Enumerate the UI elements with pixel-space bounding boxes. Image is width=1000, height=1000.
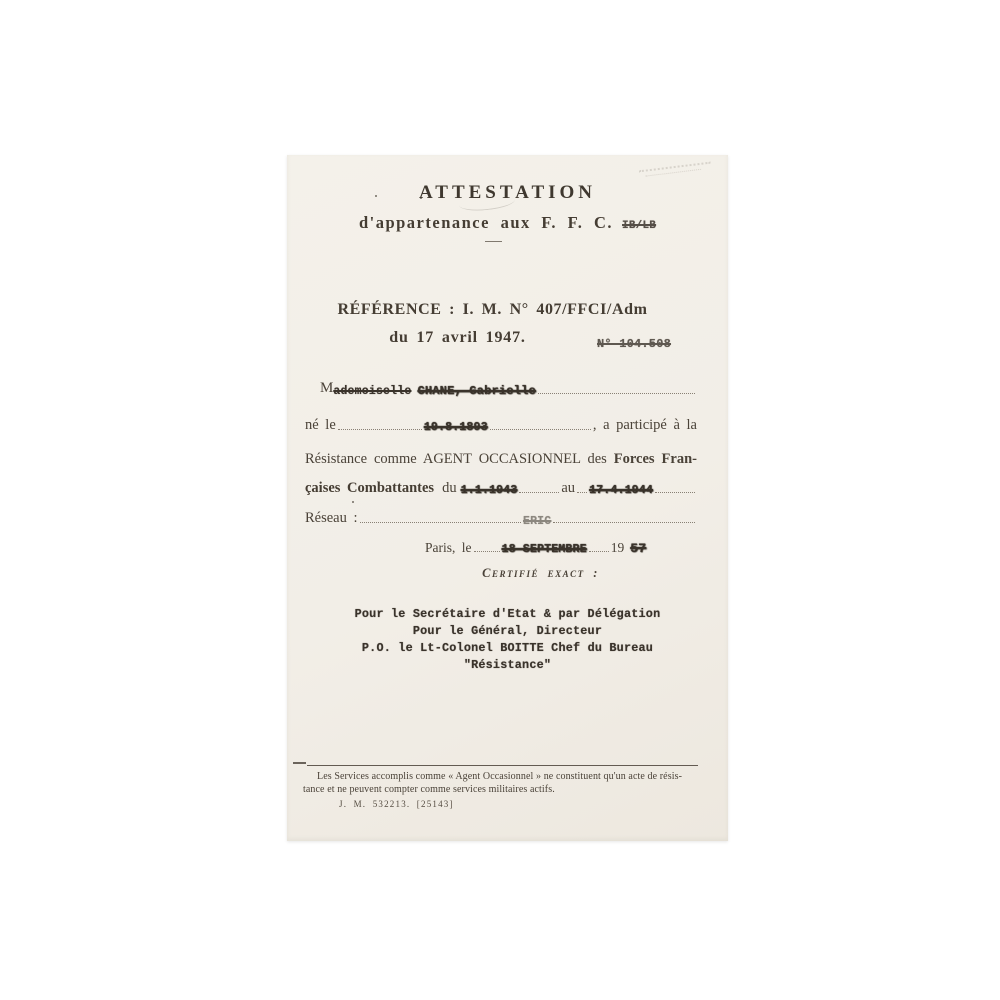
reseau-typed: ERIC: [523, 515, 551, 528]
dotted-leader: [536, 381, 697, 397]
forces-bold: Forces Fran-: [614, 451, 697, 467]
service-dates-line: çaises Combattantes du 1.1.1943 au 17.4.…: [305, 481, 697, 496]
born-label: né le: [305, 418, 336, 433]
registration-number-stamp: N° 104.508: [597, 334, 671, 352]
salutation-prefix: M: [320, 381, 333, 397]
resistance-line: Résistance comme AGENT OCCASIONNEL des F…: [305, 451, 697, 468]
dotted-leader: [551, 511, 697, 526]
signature-line-2: Pour le Général, Directeur: [287, 623, 728, 640]
holder-name: CHANE, Gabrielle: [417, 384, 535, 398]
dotted-leader: [472, 541, 502, 555]
document-title: ATTESTATION: [287, 182, 728, 204]
year-printed: 19: [611, 541, 625, 555]
date-from: 1.1.1943: [461, 484, 518, 497]
footnote: Les Services accomplis comme « Agent Occ…: [303, 771, 705, 796]
dotted-leader: [358, 511, 523, 526]
ink-dot: [352, 501, 354, 503]
footnote-line-2: tance et ne peuvent compter comme servic…: [303, 784, 555, 795]
dotted-leader: [653, 481, 697, 496]
resistance-text: Résistance comme AGENT OCCASIONNEL des: [305, 451, 607, 467]
date-place-line: Paris, le 18 SEPTEMBRE 19 57: [425, 541, 639, 555]
footnote-line-1: Les Services accomplis comme « Agent Occ…: [317, 771, 682, 782]
reference-line: RÉFÉRENCE : I. M. N° 407/FFCI/Adm: [287, 301, 728, 319]
signature-line-1: Pour le Secrétaire d'Etat & par Délégati…: [287, 606, 728, 623]
scanned-document-paper: ATTESTATION d'appartenance aux F. F. C. …: [287, 155, 728, 841]
participe-suffix: , a participé à la: [593, 418, 697, 433]
faint-stamp-mark: [638, 158, 711, 183]
salutation-typed: ademoiselle: [333, 385, 411, 398]
printer-imprint: J. M. 532213. [25143]: [339, 799, 454, 809]
dotted-leader: [587, 541, 611, 555]
birthdate-typed: 19.8.1893: [424, 421, 488, 434]
signature-line-3: P.O. le Lt-Colonel BOITTE Chef du Bureau: [287, 640, 728, 657]
certify-exact-label: Certifié exact :: [287, 566, 728, 581]
au-label: au: [561, 481, 575, 496]
footnote-rule: [307, 765, 698, 766]
birthdate-line: né le 19.8.1893 , a participé à la: [305, 418, 697, 433]
divider-dash: [485, 241, 502, 242]
caises-bold: çaises Combattantes: [305, 481, 434, 496]
reseau-line: Réseau : ERIC: [305, 511, 697, 526]
dotted-leader: [488, 418, 593, 433]
signature-line-4: "Résistance": [287, 657, 728, 674]
registration-number: N° 104.508: [597, 337, 671, 351]
name-line: M ademoiselle CHANE, Gabrielle: [320, 381, 697, 397]
dotted-leader: [336, 418, 424, 433]
dotted-leader: [575, 481, 589, 496]
footnote-rule-dash: [293, 762, 306, 764]
document-subtitle-row: d'appartenance aux F. F. C. IB/LB: [287, 213, 728, 233]
du-label: du: [442, 481, 457, 496]
dotted-leader: [517, 481, 561, 496]
closing-date-typed: 18 SEPTEMBRE: [502, 543, 587, 556]
place-label: Paris, le: [425, 541, 472, 555]
date-to: 17.4.1944: [589, 484, 653, 497]
classification-stamp: IB/LB: [622, 220, 656, 232]
page-background: { "document": { "header": { "title": "AT…: [0, 0, 1000, 1000]
year-typed: 57: [630, 541, 646, 556]
document-subtitle: d'appartenance aux F. F. C.: [359, 213, 613, 233]
signature-block: Pour le Secrétaire d'Etat & par Délégati…: [287, 606, 728, 674]
reseau-label: Réseau :: [305, 511, 358, 526]
